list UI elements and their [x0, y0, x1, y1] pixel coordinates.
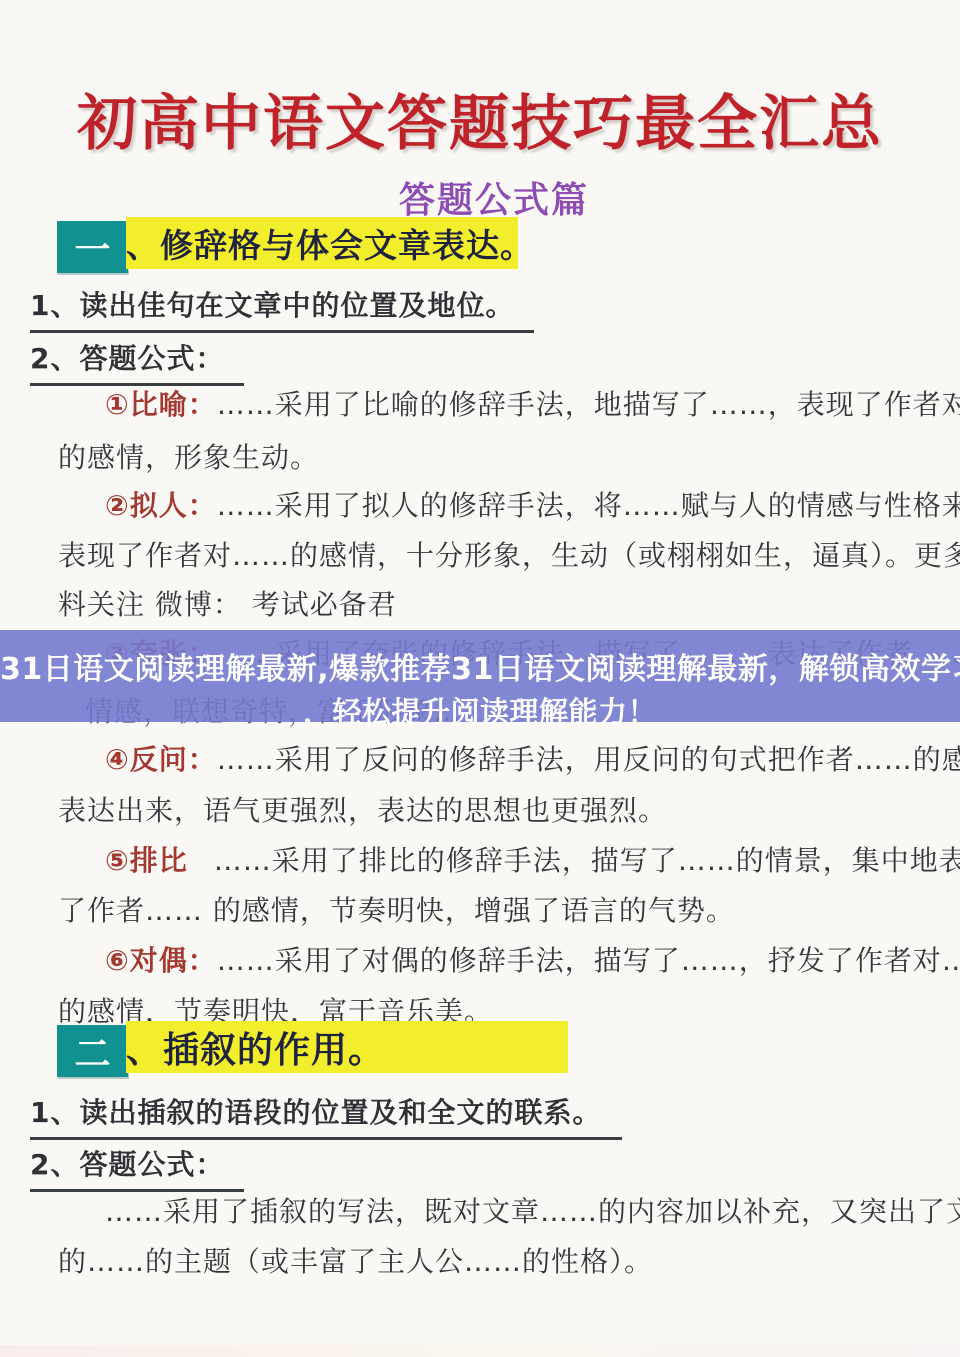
- formula-line: 表现了作者对……的感情，十分形象，生动（或栩栩如生，逼真）。更多资: [58, 534, 960, 574]
- formula-line: 的感情，形象生动。: [58, 436, 319, 476]
- point-line: 2、答题公式：: [30, 337, 244, 386]
- formula-line: 的……的主题（或丰富了主人公……的性格）。: [58, 1240, 653, 1280]
- formula-text: ……采用了比喻的修辞手法，地描写了……，表现了作者对……: [217, 388, 960, 421]
- formula-text: ……采用了排比的修辞手法，描写了……的情景，集中地表达: [214, 844, 960, 877]
- formula-keyword: ①比喻：: [105, 388, 217, 421]
- point-line: 1、读出插叙的语段的位置及和全文的联系。: [30, 1091, 622, 1140]
- formula-line: ⑥对偶：……采用了对偶的修辞手法，描写了……，抒发了作者对……: [105, 939, 960, 979]
- formula-line: ……采用了插叙的写法，既对文章……的内容加以补充，又突出了文章: [105, 1190, 960, 1230]
- section-2-heading: 、插叙的作用。: [126, 1021, 568, 1073]
- formula-line: ⑤排比……采用了排比的修辞手法，描写了……的情景，集中地表达: [105, 839, 960, 879]
- point-line: 2、答题公式：: [30, 1143, 244, 1192]
- formula-text: ……采用了反问的修辞手法，用反问的句式把作者……的感情: [217, 743, 960, 776]
- section-2-number: 二: [57, 1025, 128, 1077]
- formula-line: 表达出来，语气更强烈，表达的思想也更强烈。: [58, 789, 667, 829]
- section-1-heading: 、修辞格与体会文章表达。: [126, 217, 518, 269]
- promo-title-line-2: ，轻松提升阅读理解能力！: [0, 690, 960, 731]
- weibo-note: 料关注 微博： 考试必备君: [58, 583, 397, 623]
- formula-keyword: ④反问：: [105, 743, 217, 776]
- formula-line: ②拟人：……采用了拟人的修辞手法，将……赋与人的情感与性格来写，: [105, 484, 960, 524]
- subtitle: 答题公式篇: [399, 172, 589, 223]
- formula-keyword: ⑤排比: [105, 844, 188, 877]
- bottom-edge-artifact: [0, 1345, 960, 1357]
- formula-line: ④反问：……采用了反问的修辞手法，用反问的句式把作者……的感情: [105, 738, 960, 778]
- formula-text: ……采用了拟人的修辞手法，将……赋与人的情感与性格来写，: [217, 489, 960, 522]
- formula-line: 了作者…… 的感情，节奏明快，增强了语言的气势。: [58, 889, 735, 929]
- section-1-number: 一: [57, 221, 128, 273]
- point-line: 1、读出佳句在文章中的位置及地位。: [30, 284, 534, 333]
- promo-title-line-1: 31日语文阅读理解最新,爆款推荐31日语文阅读理解最新，解锁高效学习技巧: [0, 644, 960, 688]
- formula-text: ……采用了对偶的修辞手法，描写了……，抒发了作者对……: [217, 944, 960, 977]
- poster-page: 初高中语文答题技巧最全汇总 答题公式篇 一 、修辞格与体会文章表达。 1、读出佳…: [0, 0, 960, 1357]
- page-title: 初高中语文答题技巧最全汇总: [0, 76, 960, 162]
- formula-line: ①比喻：……采用了比喻的修辞手法，地描写了……，表现了作者对……: [105, 383, 960, 423]
- promo-overlay-text: 31日语文阅读理解最新,爆款推荐31日语文阅读理解最新，解锁高效学习技巧 ，轻松…: [0, 630, 960, 722]
- formula-keyword: ⑥对偶：: [105, 944, 217, 977]
- formula-keyword: ②拟人：: [105, 489, 217, 522]
